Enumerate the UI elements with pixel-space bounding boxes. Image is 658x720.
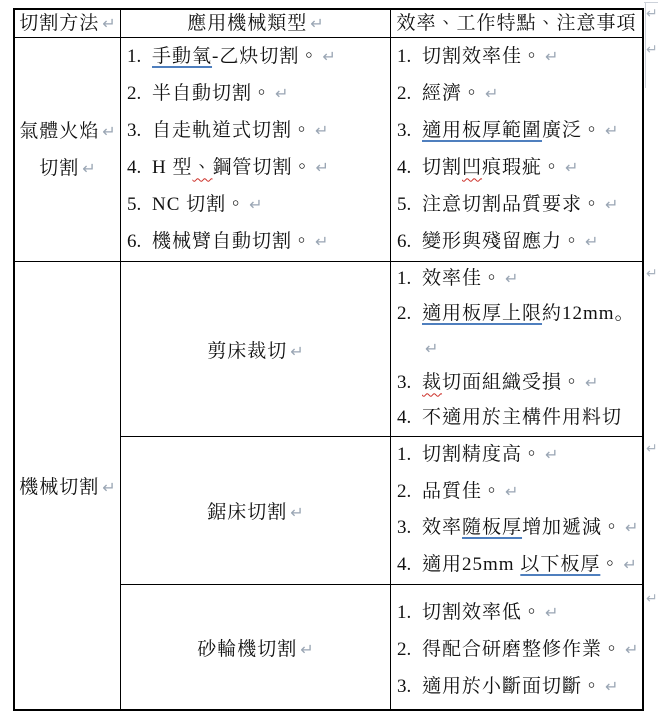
item-number: 1. [127, 38, 152, 75]
item-text: 切割效率低。↵ [422, 594, 642, 631]
method-text-line2: 切割 [39, 158, 79, 179]
paragraph-mark: ↵ [605, 677, 618, 696]
item-number: 2. [127, 75, 152, 112]
paragraph-mark: ↵ [505, 269, 518, 288]
text-segment: 痕瑕疵。 [482, 157, 562, 178]
underlined-text: 隨板厚 [462, 517, 522, 538]
item-number: 3. [397, 510, 422, 547]
list-item: 2.經濟。↵ [397, 75, 642, 112]
paragraph-mark: ↵ [82, 159, 95, 178]
end-of-row-mark: ↵ [646, 266, 658, 282]
text-segment: 得配合研磨整修作業。 [422, 639, 622, 660]
item-number: 4. [397, 547, 422, 584]
item-number: 3. [397, 668, 422, 705]
list-item: 1.效率佳。↵ [397, 262, 642, 297]
shear-notes-list-cell[interactable]: 1.效率佳。↵2.適用板厚上限約12mm。↵3.裁切面組織受損。↵4.不適用於主… [391, 262, 642, 437]
gas-machines-list-cell[interactable]: 1.手動氧-乙炔切割。↵2.半自動切割。↵3.自走軌道式切割。↵4.H 型、鋼管… [121, 38, 391, 262]
item-text: 手動氧-乙炔切割。↵ [152, 38, 390, 75]
cutting-methods-table: 切割方法↵ 應用機械類型↵ 效率、工作特點、注意事項 氣體火焰↵ 切割↵ 1.手… [13, 8, 644, 711]
item-number: 5. [397, 186, 422, 223]
method-cell-mechanical[interactable]: 機械切割↵ [15, 262, 121, 709]
paragraph-mark: ↵ [290, 503, 303, 522]
list-item: 2.得配合研磨整修作業。↵ [397, 631, 642, 668]
item-number: 1. [397, 437, 422, 474]
machine-cell-grinder[interactable]: 砂輪機切割↵ [121, 585, 391, 709]
saw-notes-list-cell[interactable]: 1.切割精度高。↵2.品質佳。↵3.效率隨板厚增加遞減。↵4.適用25mm 以下… [391, 437, 642, 585]
text-segment: 機械臂自動切割。 [152, 231, 312, 252]
item-text: 適用板厚範圍廣泛。↵ [422, 112, 642, 149]
header-text-method: 切割方法 [19, 13, 99, 34]
item-text: 品質佳。↵ [422, 474, 642, 511]
text-segment: NC 切割。 [152, 194, 246, 215]
item-number: 3. [397, 366, 422, 401]
text-segment: 半自動切割。 [152, 83, 272, 104]
list-item: 1.切割精度高。↵ [397, 437, 642, 474]
list-item: 6.機械臂自動切割。↵ [127, 223, 390, 260]
text-segment: 切割精度高。 [422, 444, 542, 465]
item-number: 1. [397, 38, 422, 75]
item-number: 4. [397, 149, 422, 186]
item-number: 4. [397, 401, 422, 436]
end-of-row-mark: ↵ [646, 591, 658, 607]
paragraph-mark: ↵ [545, 445, 558, 464]
text-segment: 鋼管切割。 [213, 157, 313, 178]
list-item: 1.切割效率低。↵ [397, 594, 642, 631]
item-text: 切割精度高。↵ [422, 437, 642, 474]
paragraph-mark: ↵ [102, 122, 115, 141]
paragraph-mark: ↵ [585, 373, 598, 392]
header-text-machine-type: 應用機械類型 [187, 13, 307, 34]
text-segment: 適用25mm [422, 554, 520, 575]
paragraph-mark: ↵ [249, 195, 262, 214]
machine-cell-shear[interactable]: 剪床裁切↵ [121, 262, 391, 437]
end-of-row-mark: ↵ [646, 441, 658, 457]
item-number: 2. [397, 631, 422, 668]
text-segment: 切割效率佳。 [422, 46, 542, 67]
list-item: 4.不適用於主構件用料切割。↵ [397, 401, 642, 437]
item-number: 1. [397, 594, 422, 631]
machine-text-grinder: 砂輪機切割 [197, 639, 297, 660]
gas-notes-list-cell[interactable]: 1.切割效率佳。↵2.經濟。↵3.適用板厚範圍廣泛。↵4.切割凹痕瑕疵。↵5.注… [391, 38, 642, 262]
item-text: 得配合研磨整修作業。↵ [422, 631, 642, 668]
paragraph-mark: ↵ [625, 640, 638, 659]
text-segment: 。 [600, 554, 620, 575]
item-text: 變形與殘留應力。↵ [422, 223, 642, 260]
text-segment: 效率佳。 [422, 268, 502, 289]
underlined-text: 適用板厚範圍 [422, 120, 542, 141]
list-item: 3.裁切面組織受損。↵ [397, 366, 642, 401]
item-number: 2. [397, 297, 422, 332]
item-text: H 型、鋼管切割。↵ [152, 149, 390, 186]
paragraph-mark: ↵ [290, 342, 303, 361]
paragraph-mark: ↵ [310, 14, 323, 33]
paragraph-mark: ↵ [322, 47, 335, 66]
paragraph-mark: ↵ [315, 121, 328, 140]
text-segment: 品質佳。 [422, 481, 502, 502]
paragraph-mark: ↵ [425, 339, 438, 358]
paragraph-mark: ↵ [545, 603, 558, 622]
paragraph-mark: ↵ [275, 84, 288, 103]
item-number: 3. [127, 112, 152, 149]
text-segment: 約12mm。 [542, 303, 635, 324]
paragraph-mark: ↵ [316, 158, 329, 177]
text-segment: 經濟。 [422, 83, 482, 104]
list-item: 5.注意切割品質要求。↵ [397, 186, 642, 223]
item-text: 切割效率佳。↵ [422, 38, 642, 75]
item-text: 自走軌道式切割。↵ [152, 112, 390, 149]
item-text: 適用於小斷面切斷。↵ [422, 668, 642, 705]
spellcheck-squiggle-text: 裁 [422, 372, 442, 393]
text-segment: 切面組織受損。 [442, 372, 582, 393]
spellcheck-squiggle-text: 、 [192, 157, 212, 178]
item-number: 1. [397, 262, 422, 297]
machine-text-saw: 鋸床切割 [207, 502, 287, 523]
list-item: 5.NC 切割。↵ [127, 186, 390, 223]
method-text-mechanical: 機械切割 [19, 477, 99, 498]
item-text: 注意切割品質要求。↵ [422, 186, 642, 223]
list-item: 2.品質佳。↵ [397, 474, 642, 511]
underlined-text: 以下板厚 [520, 554, 600, 575]
item-text: 機械臂自動切割。↵ [152, 223, 390, 260]
text-segment: 不適用於主構件用料切割。 [422, 407, 622, 437]
method-cell-gas-flame[interactable]: 氣體火焰↵ 切割↵ [15, 38, 121, 262]
text-segment: 變形與殘留應力。 [422, 231, 582, 252]
grinder-notes-list-cell[interactable]: 1.切割效率低。↵2.得配合研磨整修作業。↵3.適用於小斷面切斷。↵ [391, 585, 642, 709]
underlined-text: 手動氧 [152, 46, 212, 67]
paragraph-mark: ↵ [102, 478, 115, 497]
spellcheck-squiggle-text: 凹 [462, 157, 482, 178]
machine-cell-saw[interactable]: 鋸床切割↵ [121, 437, 391, 585]
paragraph-mark: ↵ [585, 232, 598, 251]
text-segment: 適用於小斷面切斷。 [422, 676, 602, 697]
item-number: 6. [397, 223, 422, 260]
item-text: 適用25mm 以下板厚。↵ [422, 547, 642, 584]
item-text: 經濟。↵ [422, 75, 642, 112]
paragraph-mark: ↵ [605, 195, 618, 214]
item-text: 效率隨板厚增加遞減。↵ [422, 510, 642, 547]
item-text: 半自動切割。↵ [152, 75, 390, 112]
item-text: 效率佳。↵ [422, 262, 642, 297]
paragraph-mark: ↵ [565, 158, 578, 177]
item-text: 切割凹痕瑕疵。↵ [422, 149, 642, 186]
paragraph-mark: ↵ [625, 518, 638, 537]
list-item: 1.手動氧-乙炔切割。↵ [127, 38, 390, 75]
item-number: 5. [127, 186, 152, 223]
paragraph-mark: ↵ [605, 121, 618, 140]
text-boundary-corner-vertical [645, 2, 646, 88]
header-cell-notes[interactable]: 效率、工作特點、注意事項 [391, 10, 642, 38]
list-item: 4.H 型、鋼管切割。↵ [127, 149, 390, 186]
list-item: 3.適用於小斷面切斷。↵ [397, 668, 642, 705]
list-item: 4.切割凹痕瑕疵。↵ [397, 149, 642, 186]
paragraph-mark: ↵ [545, 47, 558, 66]
paragraph-mark: ↵ [102, 14, 115, 33]
list-item: 3.效率隨板厚增加遞減。↵ [397, 510, 642, 547]
item-text: 不適用於主構件用料切割。↵ [422, 401, 642, 437]
paragraph-mark: ↵ [623, 555, 636, 574]
paragraph-mark: ↵ [485, 84, 498, 103]
underlined-text: 適用板厚上限 [422, 303, 542, 324]
list-item: 3.適用板厚範圍廣泛。↵ [397, 112, 642, 149]
list-item: 6.變形與殘留應力。↵ [397, 223, 642, 260]
paragraph-mark: ↵ [505, 482, 518, 501]
item-number: 6. [127, 223, 152, 260]
item-number: 3. [397, 112, 422, 149]
paragraph-mark: ↵ [300, 640, 313, 659]
text-segment: 自走軌道式切割。 [152, 120, 312, 141]
end-of-row-mark: ↵ [646, 42, 658, 58]
list-item: 2.適用板厚上限約12mm。↵ [397, 297, 642, 367]
header-text-notes: 效率、工作特點、注意事項 [396, 13, 636, 34]
text-boundary-corner-horizontal [644, 2, 658, 3]
end-of-row-mark: ↵ [646, 6, 658, 22]
text-segment: 廣泛。 [542, 120, 602, 141]
text-segment: 增加遞減。 [522, 517, 622, 538]
text-segment: H 型 [152, 157, 192, 178]
item-text: 適用板厚上限約12mm。↵ [422, 297, 642, 367]
header-cell-method[interactable]: 切割方法↵ [15, 10, 121, 38]
text-segment: 切割效率低。 [422, 602, 542, 623]
list-item: 3.自走軌道式切割。↵ [127, 112, 390, 149]
list-item: 2.半自動切割。↵ [127, 75, 390, 112]
item-number: 4. [127, 149, 152, 186]
list-item: 1.切割效率佳。↵ [397, 38, 642, 75]
text-segment: 效率 [422, 517, 462, 538]
list-item: 4.適用25mm 以下板厚。↵ [397, 547, 642, 584]
item-number: 2. [397, 75, 422, 112]
header-cell-machine-type[interactable]: 應用機械類型↵ [121, 10, 391, 38]
item-text: 裁切面組織受損。↵ [422, 366, 642, 401]
text-segment: -乙炔切割。 [212, 46, 319, 67]
item-text: NC 切割。↵ [152, 186, 390, 223]
text-segment: 切割 [422, 157, 462, 178]
paragraph-mark: ↵ [315, 232, 328, 251]
item-number: 2. [397, 474, 422, 511]
text-segment: 注意切割品質要求。 [422, 194, 602, 215]
method-text-line1: 氣體火焰 [19, 121, 99, 142]
machine-text-shear: 剪床裁切 [207, 341, 287, 362]
